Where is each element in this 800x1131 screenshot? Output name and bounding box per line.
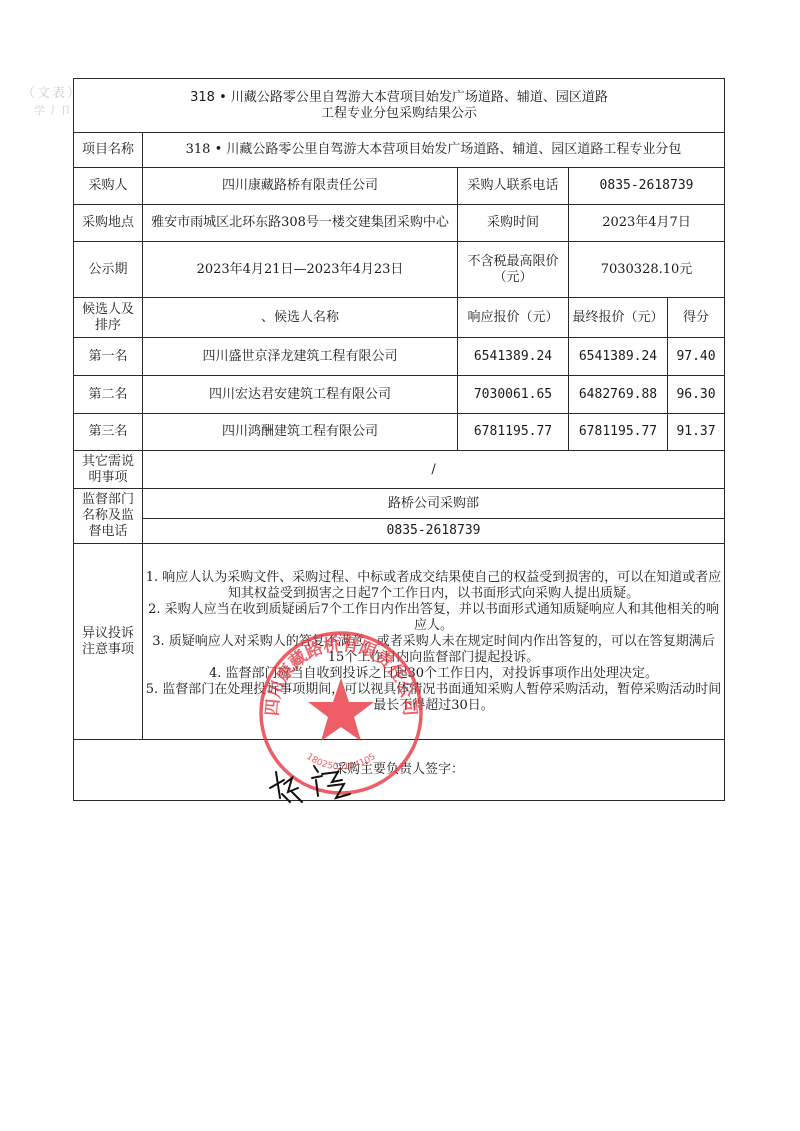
header-score: 得分	[668, 298, 725, 338]
candidate-rank: 第一名	[74, 338, 143, 376]
purchaser-phone-value: 0835-2618739	[569, 168, 725, 205]
candidate-final-price: 6541389.24	[569, 338, 668, 376]
candidate-score: 97.40	[668, 338, 725, 376]
header-candidate-name: 、候选人名称	[143, 298, 458, 338]
supervision-label: 监督部门名称及监督电话	[74, 489, 143, 544]
candidate-name: 四川宏达君安建筑工程有限公司	[143, 376, 458, 414]
candidate-rank: 第二名	[74, 376, 143, 414]
candidate-name: 四川盛世京泽龙建筑工程有限公司	[143, 338, 458, 376]
candidate-response-price: 7030061.65	[458, 376, 569, 414]
signature-row: 采购主要负责人签字：	[74, 740, 725, 801]
objection-item-1: 1. 响应人认为采购文件、采购过程、中标或者成交结果使自己的权益受到损害的，可以…	[145, 570, 722, 602]
objection-item-2: 2. 采购人应当在收到质疑函后7个工作日内作出答复，并以书面形式通知质疑响应人和…	[145, 602, 722, 634]
max-price-label: 不含税最高限价（元）	[458, 242, 569, 298]
signature-label: 采购主要负责人签字：	[334, 762, 464, 777]
project-name-value: 318 • 川藏公路零公里自驾游大本营项目始发广场道路、辅道、园区道路工程专业分…	[143, 133, 725, 168]
location-label: 采购地点	[74, 205, 143, 242]
table-row: 第三名 四川鸿酬建筑工程有限公司 6781195.77 6781195.77 9…	[74, 414, 725, 451]
supervision-phone: 0835-2618739	[143, 519, 725, 544]
objection-label: 异议投诉注意事项	[74, 544, 143, 740]
publicity-period-label: 公示期	[74, 242, 143, 298]
objection-item-3: 3. 质疑响应人对采购人的答复不满意，或者采购人未在规定时间内作出答复的，可以在…	[145, 634, 722, 666]
candidate-response-price: 6541389.24	[458, 338, 569, 376]
max-price-value: 7030328.10元	[569, 242, 725, 298]
header-response-price: 响应报价（元）	[458, 298, 569, 338]
objection-item-4: 4. 监督部门应当自收到投诉之日起30个工作日内，对投诉事项作出处理决定。	[145, 666, 722, 682]
title-line-2: 工程专业分包采购结果公示	[76, 106, 722, 122]
procurement-result-table: 318 • 川藏公路零公里自驾游大本营项目始发广场道路、辅道、园区道路 工程专业…	[73, 78, 725, 801]
publicity-period-value: 2023年4月21日—2023年4月23日	[143, 242, 458, 298]
candidate-score: 91.37	[668, 414, 725, 451]
table-row: 第二名 四川宏达君安建筑工程有限公司 7030061.65 6482769.88…	[74, 376, 725, 414]
document-title: 318 • 川藏公路零公里自驾游大本营项目始发广场道路、辅道、园区道路 工程专业…	[74, 79, 725, 133]
title-line-1: 318 • 川藏公路零公里自驾游大本营项目始发广场道路、辅道、园区道路	[76, 90, 722, 106]
objection-item-5: 5. 监督部门在处理投诉事项期间，可以视具体情况书面通知采购人暂停采购活动，暂停…	[145, 682, 722, 714]
candidate-final-price: 6482769.88	[569, 376, 668, 414]
candidate-final-price: 6781195.77	[569, 414, 668, 451]
supervision-department: 路桥公司采购部	[143, 489, 725, 519]
purchaser-phone-label: 采购人联系电话	[458, 168, 569, 205]
location-value: 雅安市雨城区北环东路308号一楼交建集团采购中心	[143, 205, 458, 242]
table-row: 第一名 四川盛世京泽龙建筑工程有限公司 6541389.24 6541389.2…	[74, 338, 725, 376]
project-name-label: 项目名称	[74, 133, 143, 168]
header-rank: 候选人及排序	[74, 298, 143, 338]
candidate-rank: 第三名	[74, 414, 143, 451]
candidate-name: 四川鸿酬建筑工程有限公司	[143, 414, 458, 451]
purchaser-label: 采购人	[74, 168, 143, 205]
other-notes-label: 其它需说明事项	[74, 451, 143, 489]
other-notes-value: /	[143, 451, 725, 489]
margin-ghost-text-2: 学丿卩	[34, 102, 73, 118]
purchase-time-label: 采购时间	[458, 205, 569, 242]
purchase-time-value: 2023年4月7日	[569, 205, 725, 242]
candidate-response-price: 6781195.77	[458, 414, 569, 451]
purchaser-value: 四川康藏路桥有限责任公司	[143, 168, 458, 205]
candidate-score: 96.30	[668, 376, 725, 414]
objection-notes: 1. 响应人认为采购文件、采购过程、中标或者成交结果使自己的权益受到损害的，可以…	[143, 544, 725, 740]
header-final-price: 最终报价（元）	[569, 298, 668, 338]
